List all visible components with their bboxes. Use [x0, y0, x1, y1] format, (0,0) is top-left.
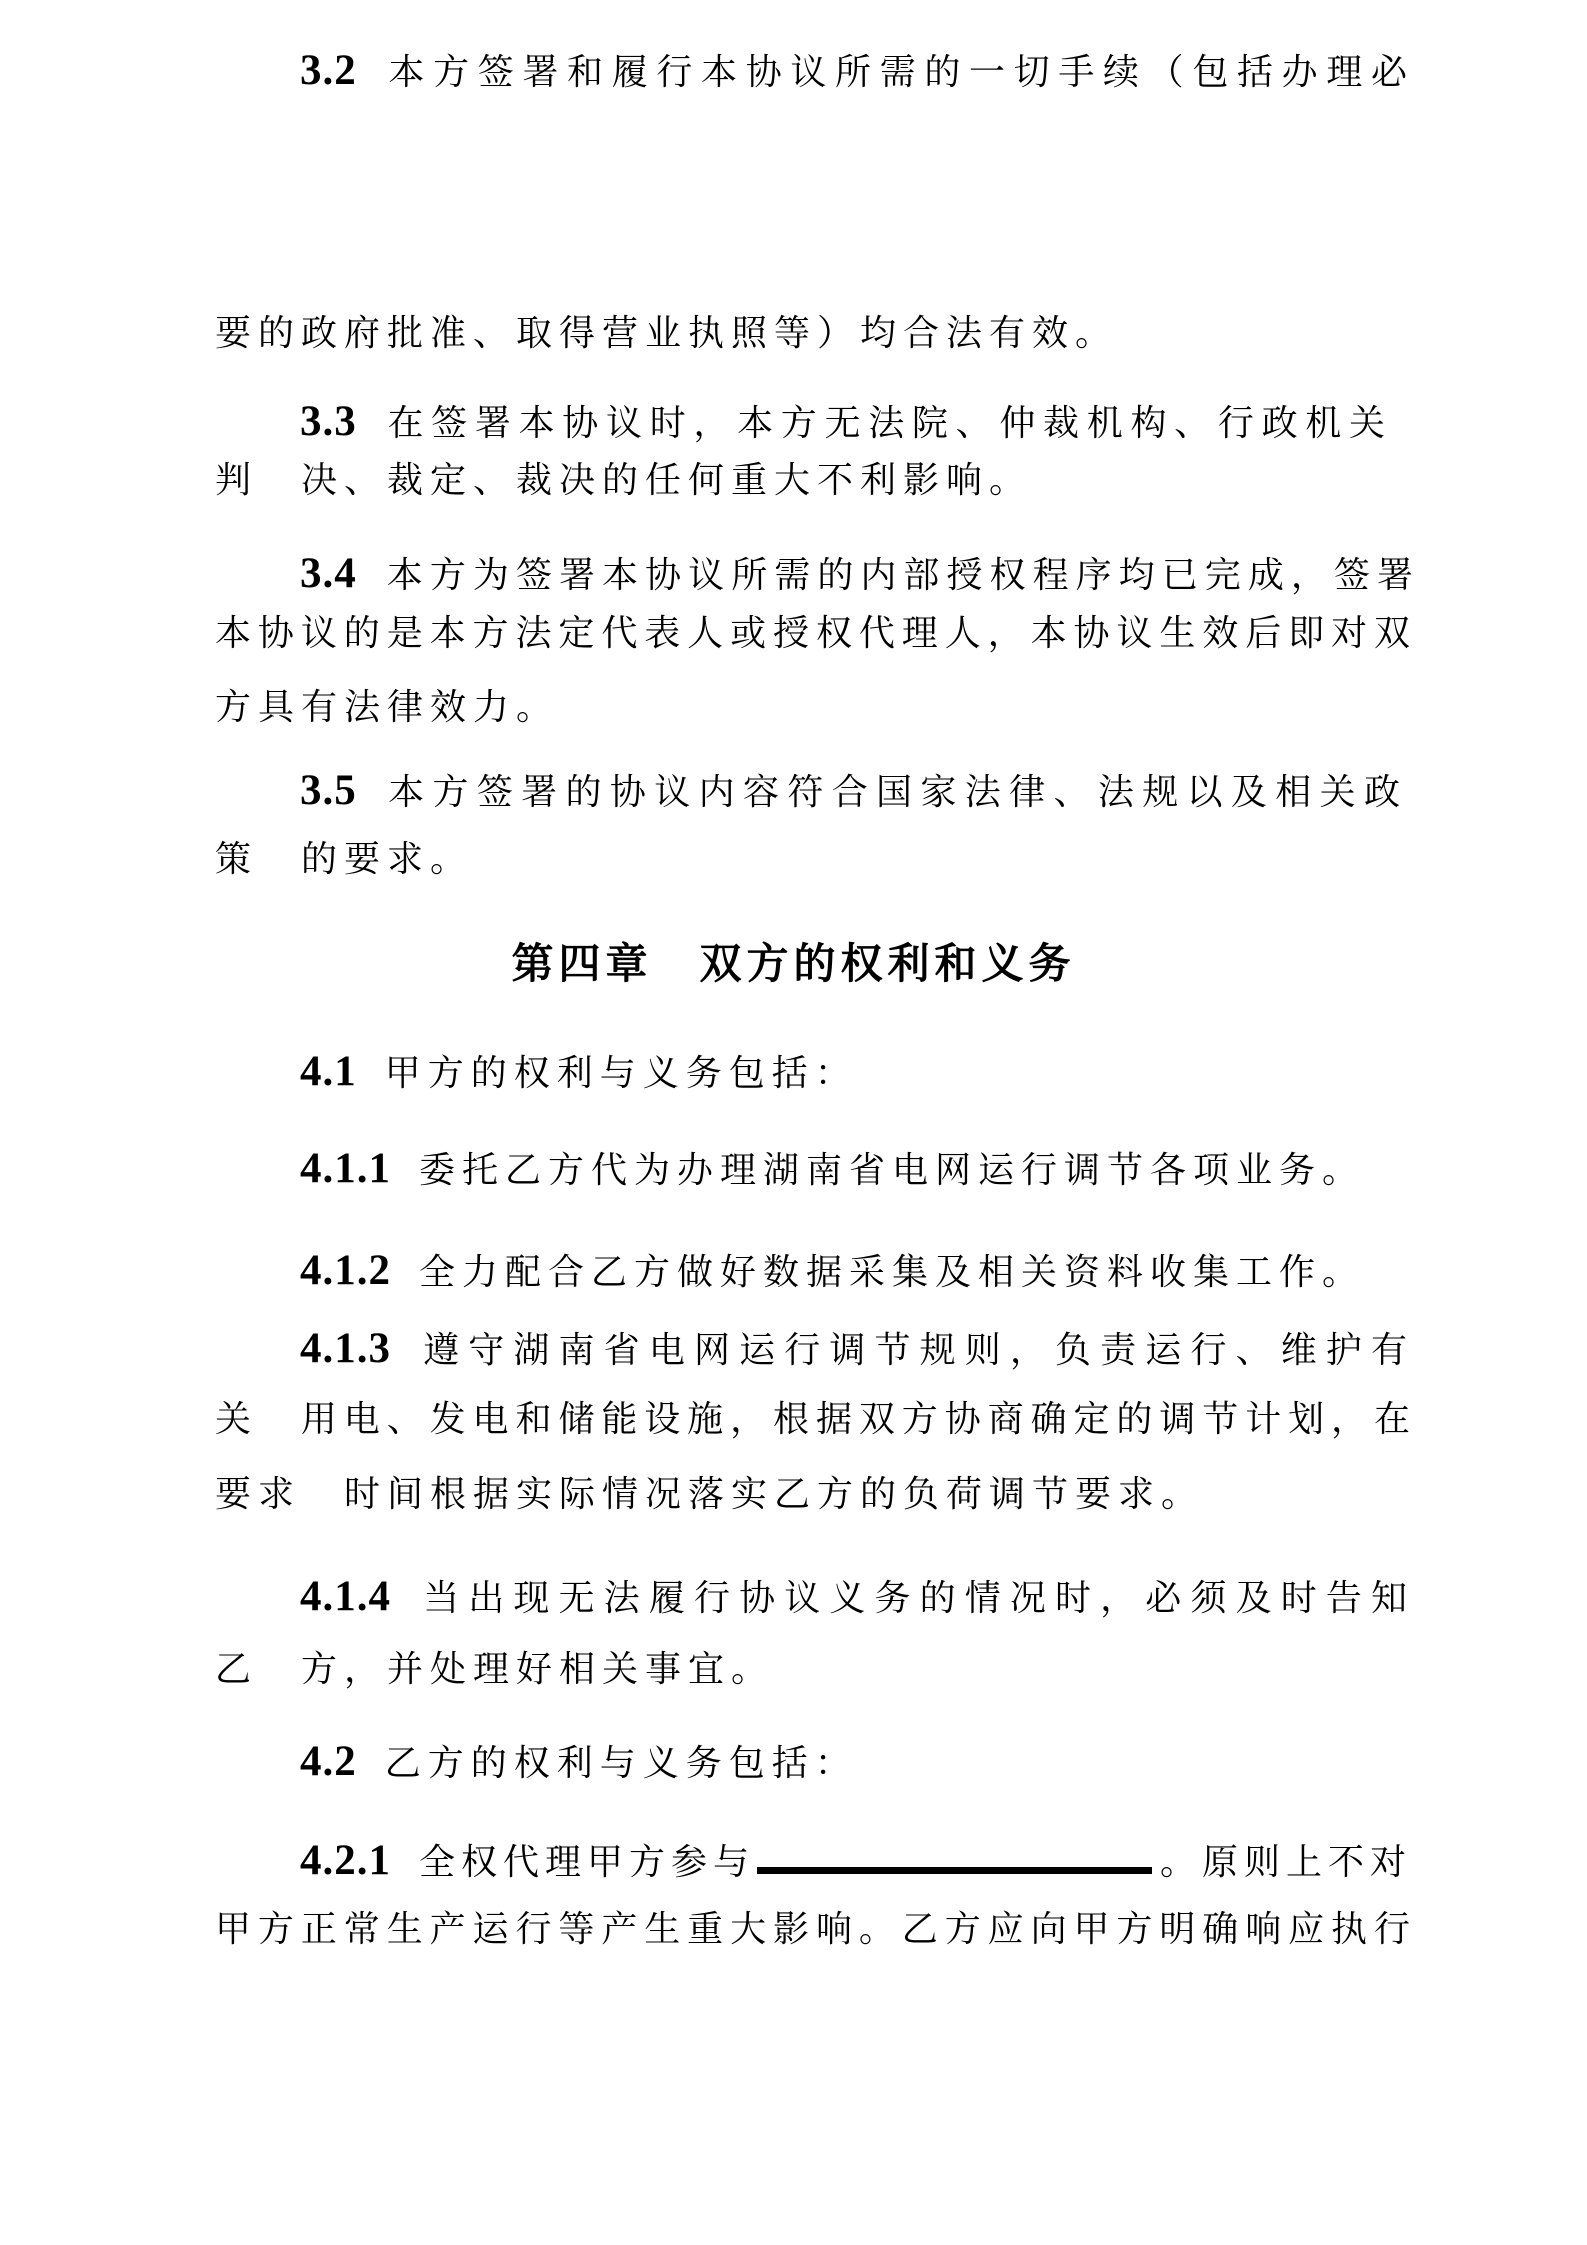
- line-text: 甲方的权利与义务包括：: [385, 1053, 858, 1093]
- clause-number: 4.1.3: [300, 1325, 391, 1372]
- clause-number: 3.2: [300, 47, 357, 94]
- line-text: 第四章 双方的权利和义务: [511, 942, 1075, 988]
- line-text: 本协议的是本方法定代表人或授权代理人，本协议生效后即对双: [215, 613, 1415, 653]
- line-text: 本方为签署本协议所需的内部授权程序均已完成，签署: [385, 555, 1418, 595]
- line-text: 策 的要求。: [215, 839, 473, 879]
- paragraph-line: 4.1.3遵守湖南省电网运行调节规则，负责运行、维护有: [300, 1327, 1412, 1371]
- paragraph-line: 策 的要求。: [215, 839, 473, 880]
- line-text: 本方签署的协议内容符合国家法律、法规以及相关政: [385, 772, 1405, 812]
- paragraph-line: 4.1甲方的权利与义务包括：: [300, 1050, 858, 1094]
- paragraph-line: 甲方正常生产运行等产生重大影响。乙方应向甲方明确响应执行: [215, 1909, 1415, 1950]
- line-text: 要的政府批准、取得营业执照等）均合法有效。: [215, 313, 1118, 353]
- line-text: 方具有法律效力。: [215, 687, 559, 727]
- paragraph-line: 4.2.1全权代理甲方参与。原则上不对: [300, 1839, 1412, 1883]
- paragraph-line: 本协议的是本方法定代表人或授权代理人，本协议生效后即对双: [215, 613, 1415, 654]
- line-text: 甲方正常生产运行等产生重大影响。乙方应向甲方明确响应执行: [215, 1909, 1415, 1949]
- line-text: 乙 方，并处理好相关事宜。: [215, 1649, 774, 1689]
- clause-number: 4.1.4: [300, 1573, 391, 1620]
- clause-number: 3.4: [300, 550, 357, 597]
- clause-number: 4.1.2: [300, 1247, 391, 1294]
- clause-number: 3.5: [300, 767, 357, 814]
- clause-number: 4.2.1: [300, 1839, 391, 1882]
- clause-number: 4.1: [300, 1048, 357, 1095]
- line-text: 当出现无法履行协议义务的情况时，必须及时告知: [419, 1578, 1412, 1618]
- chapter-heading: 第四章 双方的权利和义务: [0, 941, 1587, 989]
- paragraph-line: 3.3在签署本协议时，本方无法院、仲裁机构、行政机关: [300, 400, 1390, 444]
- line-text: 在签署本协议时，本方无法院、仲裁机构、行政机关: [385, 403, 1390, 443]
- paragraph-line: 要求 时间根据实际情况落实乙方的负荷调节要求。: [215, 1474, 1204, 1515]
- paragraph-line: 3.4本方为签署本协议所需的内部授权程序均已完成，签署: [300, 552, 1418, 596]
- line-text: 。原则上不对: [1160, 1842, 1412, 1883]
- paragraph-line: 4.1.4当出现无法履行协议义务的情况时，必须及时告知: [300, 1575, 1412, 1619]
- paragraph-line: 要的政府批准、取得营业执照等）均合法有效。: [215, 313, 1118, 354]
- paragraph-line: 关 用电、发电和储能设施，根据双方协商确定的调节计划，在: [215, 1399, 1415, 1440]
- line-text: 全力配合乙方做好数据采集及相关资料收集工作。: [419, 1252, 1365, 1292]
- paragraph-line: 方具有法律效力。: [215, 687, 559, 728]
- line-text: 全权代理甲方参与: [419, 1842, 755, 1883]
- line-text: 关 用电、发电和储能设施，根据双方协商确定的调节计划，在: [215, 1399, 1415, 1439]
- line-text: 要求 时间根据实际情况落实乙方的负荷调节要求。: [215, 1474, 1204, 1514]
- paragraph-line: 4.2乙方的权利与义务包括：: [300, 1740, 858, 1784]
- clause-number: 3.3: [300, 398, 357, 445]
- paragraph-line: 4.1.1委托乙方代为办理湖南省电网运行调节各项业务。: [300, 1147, 1365, 1191]
- line-text: 委托乙方代为办理湖南省电网运行调节各项业务。: [419, 1150, 1365, 1190]
- line-text: 遵守湖南省电网运行调节规则，负责运行、维护有: [419, 1330, 1412, 1370]
- fill-in-blank-line: [757, 1867, 1152, 1874]
- clause-number: 4.1.1: [300, 1145, 391, 1192]
- paragraph-line: 3.2本方签署和履行本协议所需的一切手续（包括办理必: [300, 49, 1412, 93]
- document-page: 3.2本方签署和履行本协议所需的一切手续（包括办理必要的政府批准、取得营业执照等…: [0, 0, 1587, 2245]
- paragraph-line: 4.1.2全力配合乙方做好数据采集及相关资料收集工作。: [300, 1249, 1365, 1293]
- line-text: 乙方的权利与义务包括：: [385, 1743, 858, 1783]
- line-text: 本方签署和履行本协议所需的一切手续（包括办理必: [385, 52, 1412, 92]
- paragraph-line: 判 决、裁定、裁决的任何重大不利影响。: [215, 460, 1032, 501]
- line-text: 判 决、裁定、裁决的任何重大不利影响。: [215, 460, 1032, 500]
- clause-number: 4.2: [300, 1738, 357, 1785]
- paragraph-line: 乙 方，并处理好相关事宜。: [215, 1649, 774, 1690]
- paragraph-line: 3.5本方签署的协议内容符合国家法律、法规以及相关政: [300, 769, 1405, 813]
